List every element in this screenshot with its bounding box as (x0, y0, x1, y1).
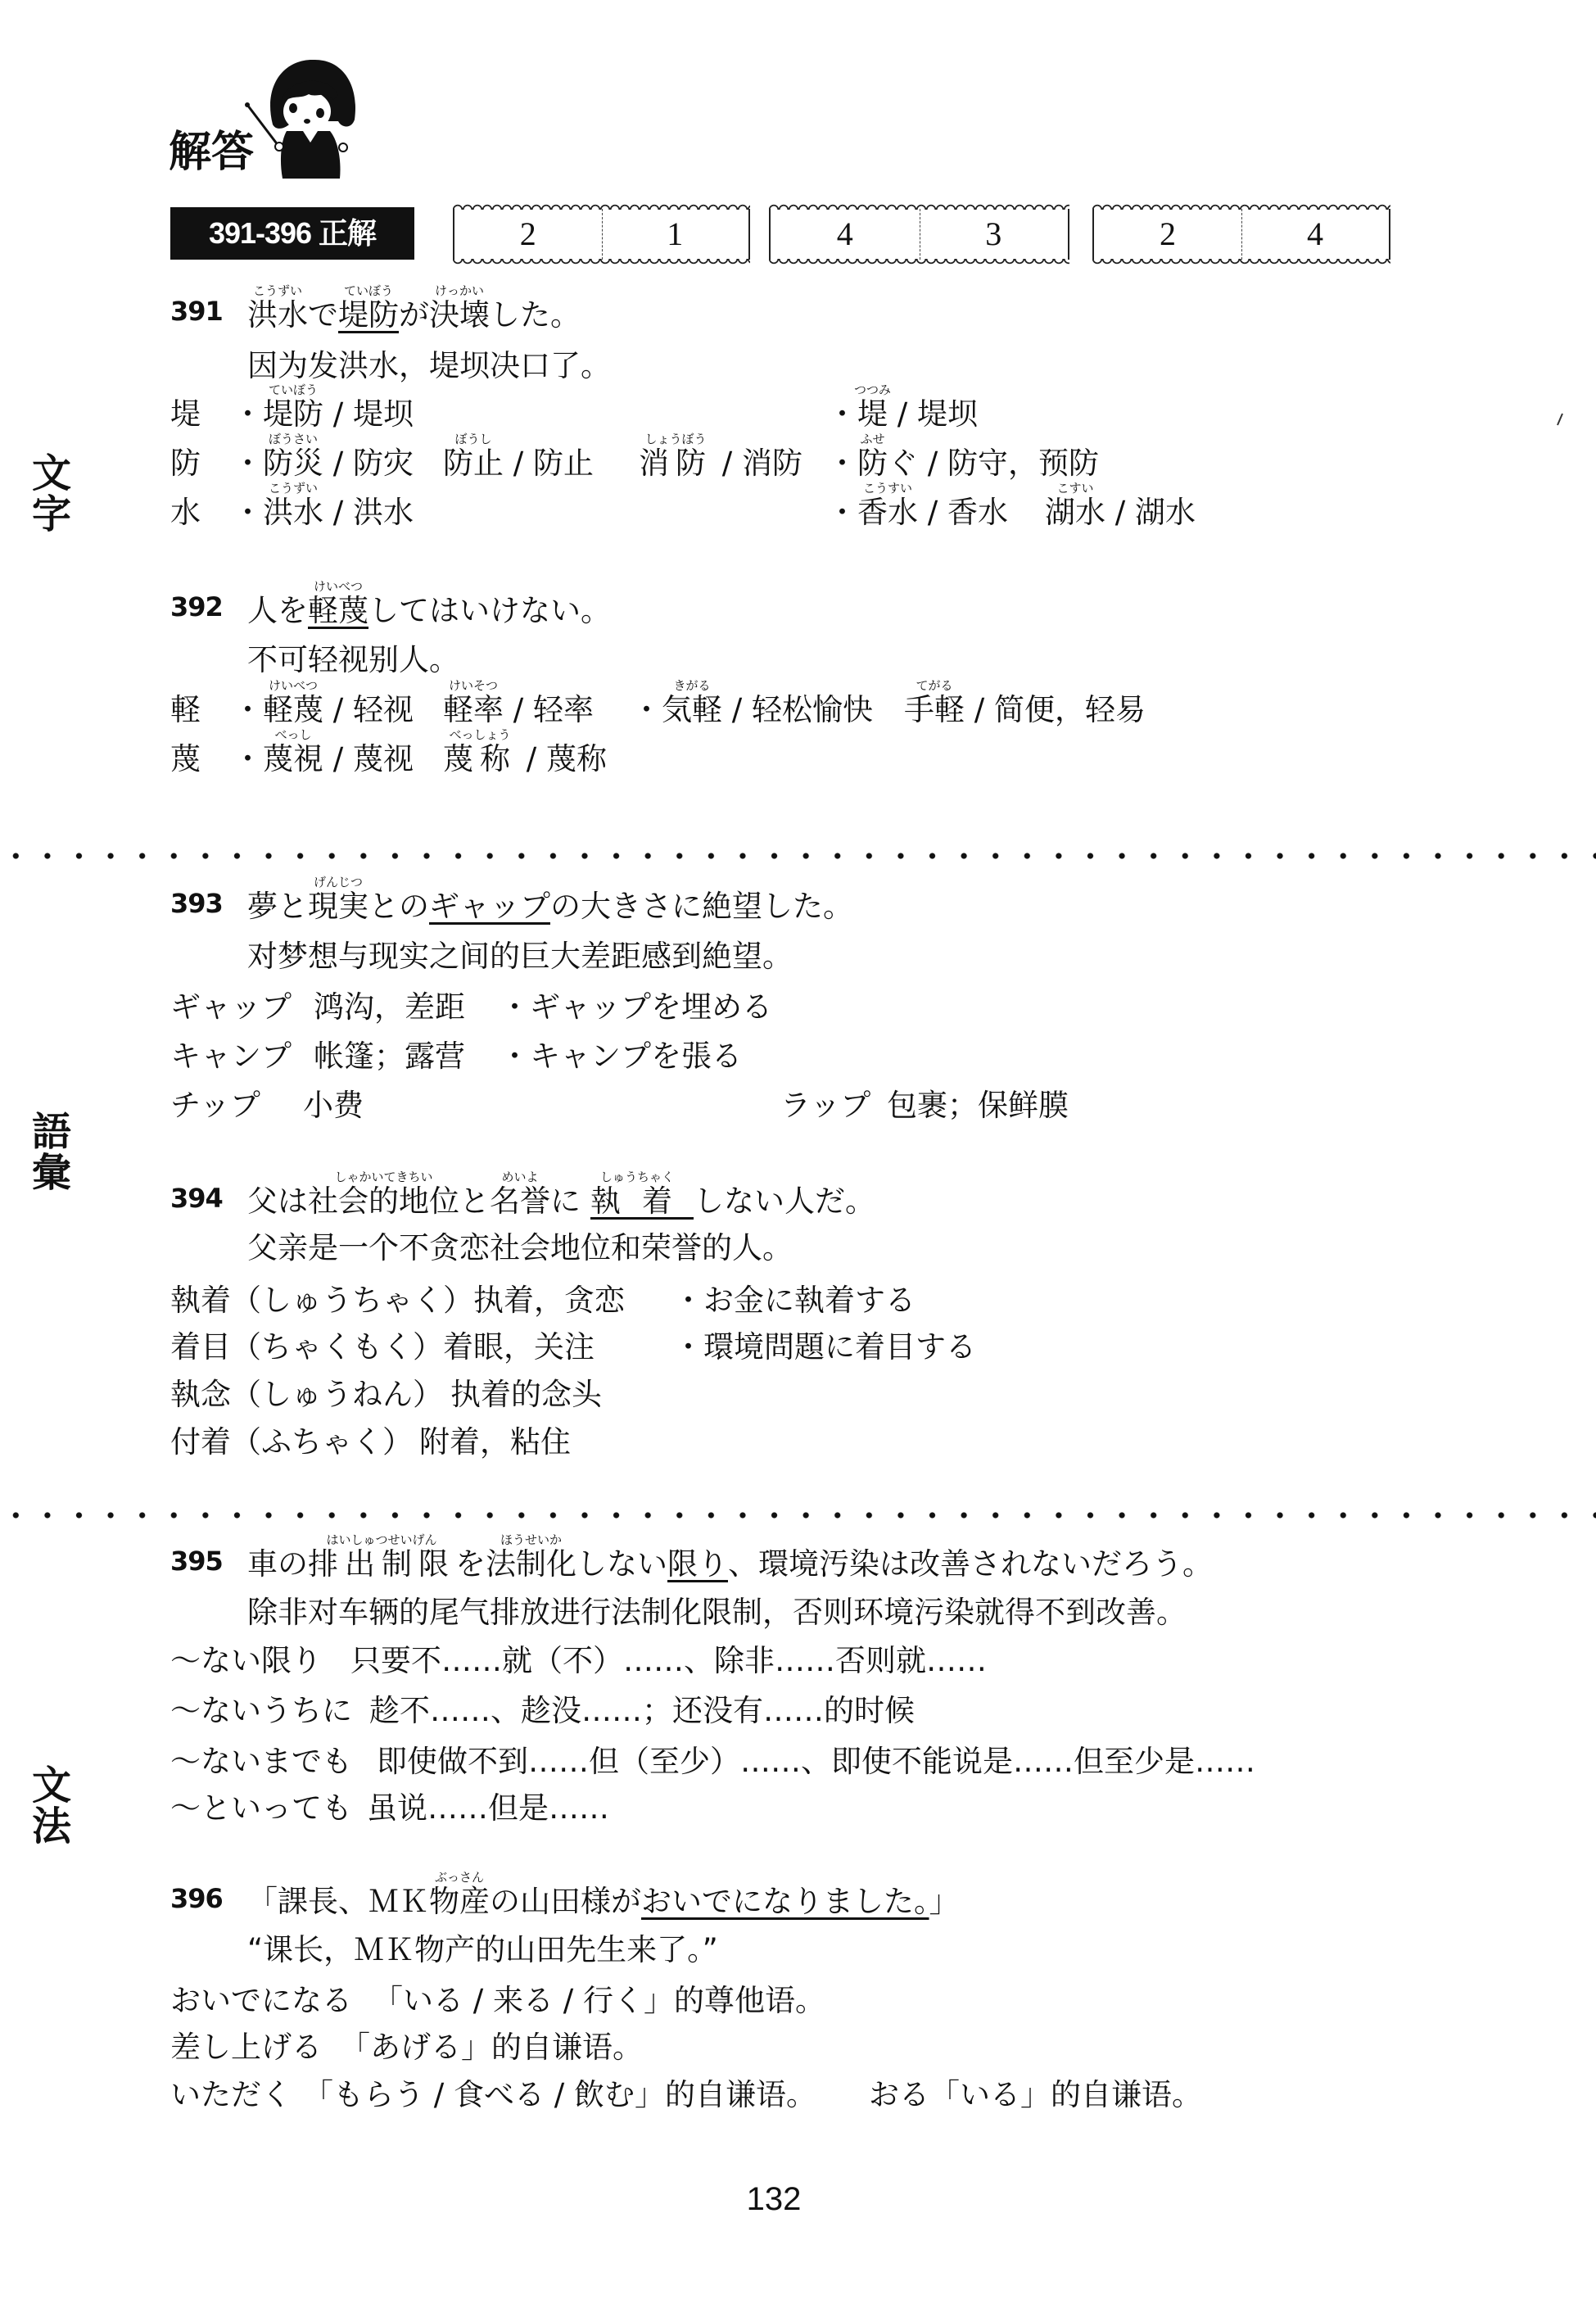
meaning: 堤坝 (353, 396, 414, 432)
ruby-word: 軽蔑けいべつ (263, 692, 323, 727)
vocab-meaning: 执着，贪恋 (473, 1284, 625, 1317)
furigana: げんじつ (314, 876, 363, 889)
translation: 不可轻视别人。 (247, 644, 459, 677)
note-term: 差し上げる (170, 2031, 322, 2064)
ruby-base: 物産 (429, 1884, 490, 1919)
translation: 父亲是一个不贪恋社会地位和荣誉的人。 (247, 1232, 793, 1265)
section-divider-dotted (0, 852, 1596, 860)
sentence-text: の大きさに絶望した。 (550, 889, 853, 924)
kanji-label: 水 (170, 496, 201, 529)
furigana: けいそつ (449, 680, 498, 692)
translation: “课长，ＭＫ物产的山田先生来了。” (247, 1934, 718, 1967)
vocab-meaning: 着眼，关注 (443, 1331, 595, 1364)
ruby-word: 洪水こうずい (263, 495, 323, 530)
vocab-meaning: 执着的念头 (450, 1378, 602, 1411)
bullet: ・ (673, 1283, 703, 1318)
sentence-text: 」 (929, 1884, 960, 1919)
answer-value: 4 (771, 209, 920, 260)
ruby-base: 防 (857, 446, 888, 481)
vocab-entry: ・防災ぼうさい / 防灾 (233, 447, 414, 480)
sentence-text: 車の (247, 1546, 308, 1582)
vocab-entry: ・洪水こうずい / 洪水 (233, 496, 414, 529)
kanji-row: 堤 ・堤防ていぼう / 堤坝 ・堤つつみ / 堤坝 (0, 398, 1596, 431)
sentence-text: した。 (490, 297, 581, 333)
ruby-base: 手軽 (904, 692, 965, 727)
sentence-text: が (399, 297, 429, 333)
furigana: ぼうし (454, 433, 491, 446)
ruby-word: 手軽てがる (904, 692, 965, 727)
note-row: いただく 「もらう / 食べる / 飲む」的自谦语。 おる 「いる」的自谦语。 (0, 2079, 1596, 2112)
grammar-pattern: ～ない限り (170, 1645, 322, 1677)
teacher-girl-illustration-icon (242, 49, 364, 184)
vocab-head: 着目（ちゃくもく） (170, 1331, 443, 1364)
separator: / (712, 446, 742, 481)
question-sentence: 車の排出制限はいしゅつせいげんを法制化ほうせいかしない限り、環境汚染は改善されな… (247, 1548, 1213, 1581)
separator: / (918, 495, 947, 530)
furigana: はいしゅつせいげん (326, 1534, 436, 1546)
note-term: おいでになる (170, 1985, 352, 2017)
ruby-base: 決壊 (429, 297, 490, 333)
vocab-head: 執念（しゅうねん） (170, 1378, 443, 1411)
ruby-word: 現実げんじつ (308, 889, 368, 924)
answer-box: 2 1 (453, 209, 750, 260)
vocab-example: ・キャンプを張る (500, 1040, 742, 1073)
grammar-row: ～ない限り 只要不……就（不）……、除非……否则就…… (0, 1645, 1596, 1677)
sentence-text: 「課長、ＭＫ (247, 1884, 429, 1919)
ruby-word: 蔑称べっしょう (443, 741, 517, 776)
example-text: ギャップを埋める (530, 989, 772, 1025)
ruby-word: 名誉めいよ (490, 1184, 550, 1219)
ruby-word: 消防しょうぼう (639, 446, 712, 481)
answer-value: 4 (1241, 209, 1389, 260)
vocab-example: ・ギャップを埋める (500, 991, 772, 1024)
meaning: 洪水 (353, 495, 414, 530)
sentence-text: しない (576, 1546, 667, 1582)
ruby-base: 堤 (857, 396, 888, 432)
ruby-base: 湖水 (1045, 495, 1105, 530)
ruby-word: 堤防ていぼう (263, 396, 323, 432)
ruby-word: 堤防ていぼう (338, 297, 399, 333)
furigana: ふせ (860, 433, 884, 446)
separator: / (965, 692, 994, 727)
kanji-row: 水 ・洪水こうずい / 洪水 ・香水こうすい / 香水 湖水こすい / 湖水 (0, 496, 1596, 529)
meaning: 轻松愉快 (752, 692, 873, 727)
furigana: こすい (1056, 482, 1093, 495)
bullet: ・ (827, 446, 857, 481)
meaning: 轻率 (533, 692, 594, 727)
vocab-entry: ・堤つつみ / 堤坝 (827, 398, 978, 431)
answer-value: 2 (1094, 209, 1241, 260)
answer-value: 3 (920, 209, 1069, 260)
vocab-meaning: 小费 (303, 1089, 364, 1122)
furigana: けっかい (435, 285, 484, 297)
bullet: ・ (673, 1329, 703, 1365)
example-text: お金に執着する (703, 1283, 916, 1318)
vocab-word: ラップ (780, 1089, 870, 1122)
vocab-meaning: 包裹；保鲜膜 (887, 1089, 1069, 1122)
vocab-row: 執着（しゅうちゃく） 执着，贪恋 ・お金に執着する (0, 1284, 1596, 1317)
furigana: てがる (916, 680, 952, 692)
ruby-base: 洪水 (263, 495, 323, 530)
ruby-base: 名誉 (490, 1184, 550, 1219)
grammar-row: ～ないまでも 即使做不到……但（至少）……、即使不能说是……但至少是…… (0, 1745, 1596, 1778)
furigana: こうずい (269, 482, 318, 495)
translation: 因为发洪水，堤坝决口了。 (247, 350, 611, 382)
vocab-example: ・環境問題に着目する (673, 1331, 976, 1364)
separator: / (504, 446, 533, 481)
furigana: めいよ (501, 1171, 538, 1184)
kanji-label: 軽 (170, 694, 201, 726)
ruby-base: 防止 (443, 446, 504, 481)
vocab-entry: ・気軽きがる / 轻松愉快 (631, 694, 873, 726)
section-label-vocabulary: 語彙 (31, 1111, 72, 1193)
furigana: けいべつ (269, 680, 318, 692)
kanji-row: 防 ・防災ぼうさい / 防灾 防止ぼうし / 防止 消防しょうぼう / 消防 ・… (0, 447, 1596, 480)
separator: / (323, 495, 353, 530)
vocab-word: ギャップ (170, 991, 292, 1024)
vocab-example: ・お金に執着する (673, 1284, 916, 1317)
okurigana: ぐ (888, 446, 918, 481)
answer-value: 2 (454, 209, 602, 260)
furigana: ぶっさん (435, 1872, 484, 1884)
bullet: ・ (827, 495, 857, 530)
meaning: 堤坝 (917, 396, 978, 432)
ruby-base: 軽蔑 (263, 692, 323, 727)
meaning: 轻视 (353, 692, 414, 727)
note-term: おる (869, 2079, 929, 2112)
vocab-meaning: 附着，粘住 (419, 1426, 571, 1459)
ruby-base: 軽率 (443, 692, 504, 727)
bullet: ・ (500, 989, 530, 1025)
meaning: 防灾 (353, 446, 414, 481)
ruby-word: 堤つつみ (857, 396, 888, 432)
ruby-word: 物産ぶっさん (429, 1884, 490, 1919)
bullet: ・ (631, 692, 662, 727)
sentence-text: 、環境汚染は改善されないだろう。 (728, 1546, 1213, 1582)
question-sentence: 父は社会的地位しゃかいてきちいと名誉めいよに執着しゅうちゃくしない人だ。 (247, 1185, 875, 1218)
note-term: いただく (170, 2079, 292, 2112)
furigana: こうずい (253, 285, 302, 297)
vocab-row: キャンプ 帐篷；露营 ・キャンプを張る (0, 1040, 1596, 1073)
bullet: ・ (233, 495, 263, 530)
separator: / (323, 446, 353, 481)
target-word: 軽蔑 (308, 593, 368, 628)
furigana: べっし (274, 729, 311, 741)
vocab-row: チップ 小费 ラップ 包裹；保鲜膜 (0, 1089, 1596, 1122)
vocab-entry: ・堤防ていぼう / 堤坝 (233, 398, 414, 431)
grammar-meaning: 即使做不到……但（至少）……、即使不能说是……但至少是…… (377, 1745, 1255, 1778)
ruby-word: 湖水こすい (1045, 495, 1105, 530)
meaning: 香水 (947, 495, 1008, 530)
question-number: 393 (170, 887, 223, 920)
meaning: 湖水 (1135, 495, 1196, 530)
bullet: ・ (827, 396, 857, 432)
question-sentence: 洪水こうずいで堤防ていぼうが決壊けっかいした。 (247, 299, 581, 332)
grammar-row: ～ないうちに 趁不……、趁没……；还没有……的时候 (0, 1695, 1596, 1727)
furigana: つつみ (854, 384, 891, 396)
ruby-word: 防止ぼうし (443, 446, 504, 481)
separator: / (517, 741, 546, 776)
answer-value: 1 (602, 209, 749, 260)
note-explanation: 「いる / 来る / 行く」的尊他语。 (373, 1985, 825, 2017)
furigana: ぼうさい (269, 433, 318, 446)
grammar-meaning: 只要不……就（不）……、除非……否则就…… (350, 1645, 987, 1677)
vocab-entry: 湖水こすい / 湖水 (1045, 496, 1196, 529)
question-sentence: 「課長、ＭＫ物産ぶっさんの山田様がおいでになりました。」 (247, 1885, 960, 1918)
ruby-base: 社会的地位 (308, 1184, 459, 1219)
ruby-base: 気軽 (662, 692, 722, 727)
kanji-label: 防 (170, 447, 201, 480)
ruby-word: 軽率けいそつ (443, 692, 504, 727)
sentence-text: 人を (247, 593, 308, 628)
sentence-text: しない人だ。 (694, 1184, 875, 1219)
vocab-entry: ・香水こうすい / 香水 (827, 496, 1008, 529)
sentence-text: との (368, 889, 429, 924)
ruby-base: 堤防 (263, 396, 323, 432)
translation: 对梦想与现实之间的巨大差距感到絶望。 (247, 940, 793, 973)
kanji-row: 蔑 ・蔑視べっし / 蔑视 蔑称べっしょう / 蔑称 (0, 743, 1596, 776)
vocab-entry: ・蔑視べっし / 蔑视 (233, 743, 414, 776)
kanji-row: 軽 ・軽蔑けいべつ / 轻视 軽率けいそつ / 轻率 ・気軽きがる / 轻松愉快… (0, 694, 1596, 726)
sentence-text: 父は (247, 1184, 308, 1219)
meaning: 蔑称 (546, 741, 607, 776)
vocab-meaning: 鸿沟，差距 (314, 991, 465, 1024)
vocab-word: キャンプ (170, 1040, 292, 1073)
ruby-word: 軽蔑けいべつ (308, 593, 368, 628)
target-word: 執着 (581, 1184, 694, 1219)
meaning: 防止 (533, 446, 594, 481)
vocab-entry: 消防しょうぼう / 消防 (639, 447, 803, 480)
furigana: けいべつ (314, 581, 363, 593)
furigana: べっしょう (449, 729, 510, 741)
separator: / (323, 396, 353, 432)
separator: / (323, 741, 353, 776)
ruby-word: 排出制限はいしゅつせいげん (308, 1546, 455, 1582)
furigana: しょうぼう (644, 433, 706, 446)
grammar-row: ～といっても 虽说……但是…… (0, 1792, 1596, 1825)
separator: / (888, 396, 917, 432)
separator: / (1105, 495, 1135, 530)
bullet: ・ (233, 741, 263, 776)
answer-range-label: 391-396 正解 (170, 207, 414, 260)
grammar-pattern: ～ないうちに (170, 1695, 352, 1727)
furigana: きがる (673, 680, 710, 692)
ruby-base: 消防 (639, 446, 712, 481)
ruby-base: 排出制限 (308, 1546, 455, 1582)
target-word: 限り (667, 1546, 728, 1582)
ruby-word: 洪水こうずい (247, 297, 308, 333)
example-text: 環境問題に着目する (703, 1329, 976, 1365)
ruby-base: 現実 (308, 889, 368, 924)
ruby-word: 蔑視べっし (263, 741, 323, 776)
question-number: 395 (170, 1545, 223, 1577)
ruby-word: 気軽きがる (662, 692, 722, 727)
vocab-entry: ・防ふせぐ / 防守，预防 (827, 447, 1099, 480)
translation: 除非对车辆的尾气排放进行法制化限制，否则环境污染就得不到改善。 (247, 1596, 1187, 1629)
ruby-base: 法制化 (486, 1546, 576, 1582)
sentence-text: の山田様が (490, 1884, 641, 1919)
bullet: ・ (233, 446, 263, 481)
vocab-head: 執着（しゅうちゃく） (170, 1284, 473, 1317)
vocab-row: 執念（しゅうねん） 执着的念头 (0, 1378, 1596, 1411)
meaning: 防守，预防 (947, 446, 1099, 481)
bullet: ・ (500, 1039, 530, 1074)
note-row: 差し上げる 「あげる」的自谦语。 (0, 2031, 1596, 2064)
kanji-label: 堤 (170, 398, 201, 431)
note-row: おいでになる 「いる / 来る / 行く」的尊他语。 (0, 1985, 1596, 2017)
note-explanation: 「いる」的自谦语。 (929, 2079, 1202, 2112)
answer-box: 4 3 (769, 209, 1069, 260)
ruby-word: 法制化ほうせいか (486, 1546, 576, 1582)
grammar-pattern: ～ないまでも (170, 1745, 352, 1778)
ruby-word: 社会的地位しゃかいてきちい (308, 1184, 459, 1219)
separator: / (504, 692, 533, 727)
ruby-base: 洪水 (247, 297, 308, 333)
ruby-base: 蔑称 (443, 741, 517, 776)
meaning: 蔑视 (353, 741, 414, 776)
furigana: ほうせいか (500, 1534, 562, 1546)
vocab-head: 付着（ふちゃく） (170, 1426, 413, 1459)
vocab-entry: 手軽てがる / 简便，轻易 (904, 694, 1146, 726)
ruby-word: 執着しゅうちゃく (581, 1184, 694, 1219)
sentence-text: で (308, 297, 338, 333)
ruby-base: 蔑視 (263, 741, 323, 776)
vocab-entry: ・軽蔑けいべつ / 轻视 (233, 694, 414, 726)
page-number: 132 (733, 2183, 815, 2216)
meaning: 消防 (742, 446, 803, 481)
target-word: ギャップ (429, 889, 550, 924)
furigana: ていぼう (344, 285, 393, 297)
question-number: 391 (170, 295, 223, 328)
bullet: ・ (233, 396, 263, 432)
vocab-row: 着目（ちゃくもく） 着眼，关注 ・環境問題に着目する (0, 1331, 1596, 1364)
ruby-word: 防ふせ (857, 446, 888, 481)
furigana: こうすい (863, 482, 912, 495)
meaning: 简便，轻易 (994, 692, 1146, 727)
section-divider-dotted (0, 1511, 1596, 1519)
target-word: 堤防 (338, 297, 399, 333)
grammar-pattern: ～といっても (170, 1792, 352, 1825)
vocab-word: チップ (170, 1089, 260, 1122)
vocab-row: 付着（ふちゃく） 附着，粘住 (0, 1426, 1596, 1459)
ruby-word: 香水こうすい (857, 495, 918, 530)
sentence-text: に (550, 1184, 581, 1219)
bullet: ・ (233, 692, 263, 727)
furigana: ていぼう (269, 384, 318, 396)
grammar-meaning: 趁不……、趁没……；还没有……的时候 (369, 1695, 915, 1727)
question-number: 392 (170, 591, 223, 623)
sentence-text: してはいけない。 (368, 593, 611, 628)
example-text: キャンプを張る (530, 1039, 742, 1074)
separator: / (323, 692, 353, 727)
question-number: 394 (170, 1182, 223, 1215)
vocab-meaning: 帐篷；露营 (314, 1040, 465, 1073)
sentence-text: と (459, 1184, 490, 1219)
ruby-word: 決壊けっかい (429, 297, 490, 333)
question-number: 396 (170, 1882, 223, 1915)
ruby-word: 防災ぼうさい (263, 446, 323, 481)
question-sentence: 人を軽蔑けいべつしてはいけない。 (247, 595, 611, 627)
sentence-text: を (455, 1546, 486, 1582)
vocab-entry: 蔑称べっしょう / 蔑称 (443, 743, 607, 776)
note-explanation: 「もらう / 食べる / 飲む」的自谦语。 (303, 2079, 816, 2112)
furigana: しゅうちゃく (600, 1171, 674, 1184)
ruby-base: 香水 (857, 495, 918, 530)
furigana: しゃかいてきちい (334, 1171, 432, 1184)
note-explanation: 「あげる」的自谦语。 (340, 2031, 643, 2064)
grammar-meaning: 虽说……但是…… (367, 1792, 609, 1825)
separator: / (722, 692, 752, 727)
sentence-text: 夢と (247, 889, 308, 924)
vocab-entry: 防止ぼうし / 防止 (443, 447, 594, 480)
ruby-base: 防災 (263, 446, 323, 481)
kanji-label: 蔑 (170, 743, 201, 776)
vocab-row: ギャップ 鸿沟，差距 ・ギャップを埋める (0, 991, 1596, 1024)
vocab-entry: 軽率けいそつ / 轻率 (443, 694, 594, 726)
target-word: おいでになりました。 (641, 1884, 929, 1919)
question-sentence: 夢と現実げんじつとのギャップの大きさに絶望した。 (247, 890, 853, 923)
answer-box: 2 4 (1092, 209, 1390, 260)
separator: / (918, 446, 947, 481)
